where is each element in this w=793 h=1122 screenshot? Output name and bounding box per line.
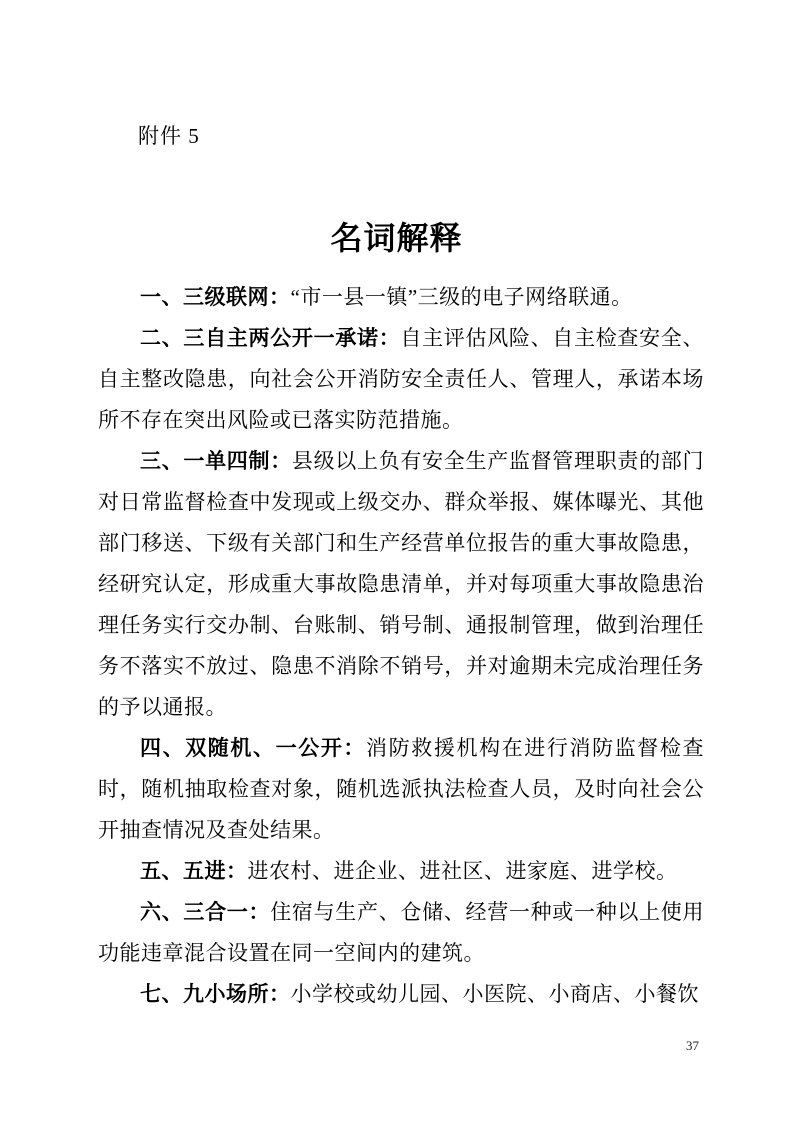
definition-text: 县级以上负有安全生产监督管理职责的部门对日常监督检查中发现或上级交办、群众举报、… bbox=[98, 449, 704, 719]
definition-text: “市一县一镇”三级的电子网络联通。 bbox=[291, 285, 633, 309]
definition-paragraph: 三、一单四制：县级以上负有安全生产监督管理职责的部门对日常监督检查中发现或上级交… bbox=[98, 441, 704, 728]
definition-paragraph: 七、九小场所：小学校或幼儿园、小医院、小商店、小餐饮 bbox=[98, 974, 704, 1015]
definition-term: 五、五进： bbox=[140, 860, 248, 883]
attachment-label: 附件 5 bbox=[138, 120, 200, 150]
definition-term: 一、三级联网： bbox=[140, 286, 291, 309]
document-page: 附件 5 名词解释 一、三级联网：“市一县一镇”三级的电子网络联通。 二、三自主… bbox=[0, 0, 793, 1122]
definition-term: 六、三合一： bbox=[140, 901, 270, 924]
definition-term: 四、双随机、一公开： bbox=[140, 737, 366, 760]
definition-text: 小学校或幼儿园、小医院、小商店、小餐饮 bbox=[291, 982, 700, 1006]
definition-paragraph: 二、三自主两公开一承诺：自主评估风险、自主检查安全、自主整改隐患，向社会公开消防… bbox=[98, 318, 704, 441]
definition-paragraph: 四、双随机、一公开：消防救援机构在进行消防监督检查时，随机抽取检查对象，随机选派… bbox=[98, 728, 704, 851]
definition-paragraph: 一、三级联网：“市一县一镇”三级的电子网络联通。 bbox=[98, 277, 704, 318]
definition-paragraph: 六、三合一：住宿与生产、仓储、经营一种或一种以上使用功能违章混合设置在同一空间内… bbox=[98, 892, 704, 974]
definition-term: 三、一单四制： bbox=[140, 450, 292, 473]
definition-text: 进农村、进企业、进社区、进家庭、进学校。 bbox=[248, 859, 678, 883]
page-title: 名词解释 bbox=[0, 213, 793, 259]
definitions-list: 一、三级联网：“市一县一镇”三级的电子网络联通。 二、三自主两公开一承诺：自主评… bbox=[98, 277, 704, 1015]
definition-term: 七、九小场所： bbox=[140, 983, 291, 1006]
definition-paragraph: 五、五进：进农村、进企业、进社区、进家庭、进学校。 bbox=[98, 851, 704, 892]
definition-term: 二、三自主两公开一承诺： bbox=[140, 327, 400, 350]
page-number: 37 bbox=[686, 1038, 699, 1054]
